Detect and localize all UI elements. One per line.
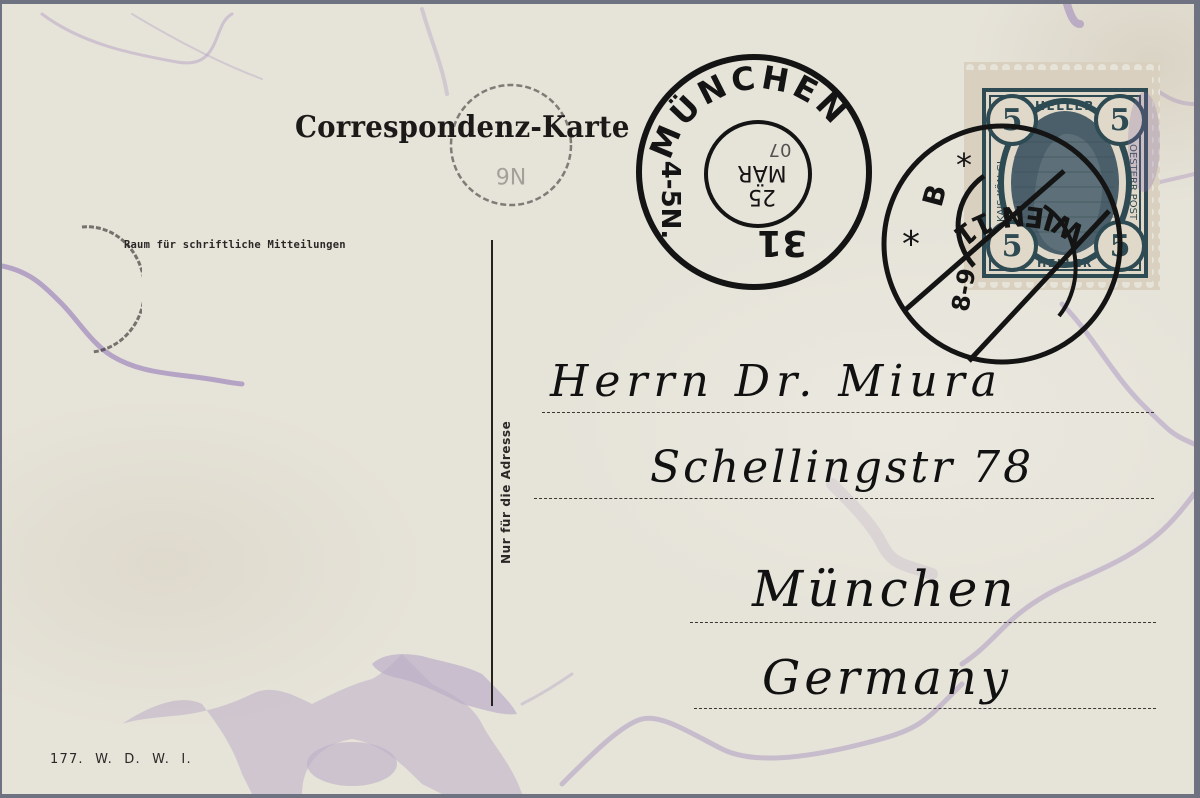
stamp-denomination: HELLER bbox=[1035, 99, 1095, 113]
postcard: N6 Correspondenz-Karte Raum für schriftl… bbox=[2, 4, 1194, 794]
partial-postmark bbox=[12, 222, 142, 362]
address-area-label: Nur für die Adresse bbox=[499, 421, 513, 564]
munich-postmark-year: 07 bbox=[769, 139, 792, 160]
address-street: Schellingstr 78 bbox=[650, 442, 1034, 493]
address-line-1-rule bbox=[542, 412, 1154, 413]
svg-text:MÜNCHEN: MÜNCHEN bbox=[642, 58, 857, 164]
card-title: Correspondenz-Karte bbox=[295, 110, 630, 145]
munich-postmark-office: 31 bbox=[757, 222, 807, 263]
publisher-code: 177. W. D. W. I. bbox=[50, 752, 192, 767]
vienna-postmark: * * B 8-9 WIEN 11 bbox=[874, 116, 1134, 376]
address-recipient: Herrn Dr. Miura bbox=[550, 356, 1003, 407]
munich-postmark-day: 25 bbox=[748, 184, 776, 209]
munich-postmark-city: MÜNCHEN bbox=[642, 58, 857, 164]
munich-postmark: MÜNCHEN 31 4-5N. 25 MÄR 07 bbox=[632, 50, 882, 300]
svg-text:WIEN 11: WIEN 11 bbox=[946, 199, 1090, 254]
vienna-postmark-series: B bbox=[916, 181, 953, 210]
munich-postmark-month: MÄR bbox=[737, 160, 786, 186]
address-line-3-rule bbox=[690, 622, 1156, 623]
message-area-label: Raum für schriftliche Mitteilungen bbox=[124, 239, 346, 251]
asterisk-left: * bbox=[902, 224, 920, 265]
address-country: Germany bbox=[762, 650, 1012, 706]
asterisk-top: * bbox=[956, 146, 972, 184]
address-line-4-rule bbox=[694, 708, 1156, 709]
munich-postmark-time: 4-5N. bbox=[655, 161, 685, 240]
faint-postmark-text: N6 bbox=[496, 162, 526, 187]
center-divider bbox=[491, 240, 493, 706]
faint-postmark: N6 bbox=[446, 80, 576, 210]
address-line-2-rule bbox=[534, 498, 1154, 499]
vienna-postmark-time: 8-9 bbox=[946, 266, 981, 314]
address-city: München bbox=[752, 560, 1018, 618]
vienna-postmark-city: WIEN 11 bbox=[946, 199, 1090, 254]
